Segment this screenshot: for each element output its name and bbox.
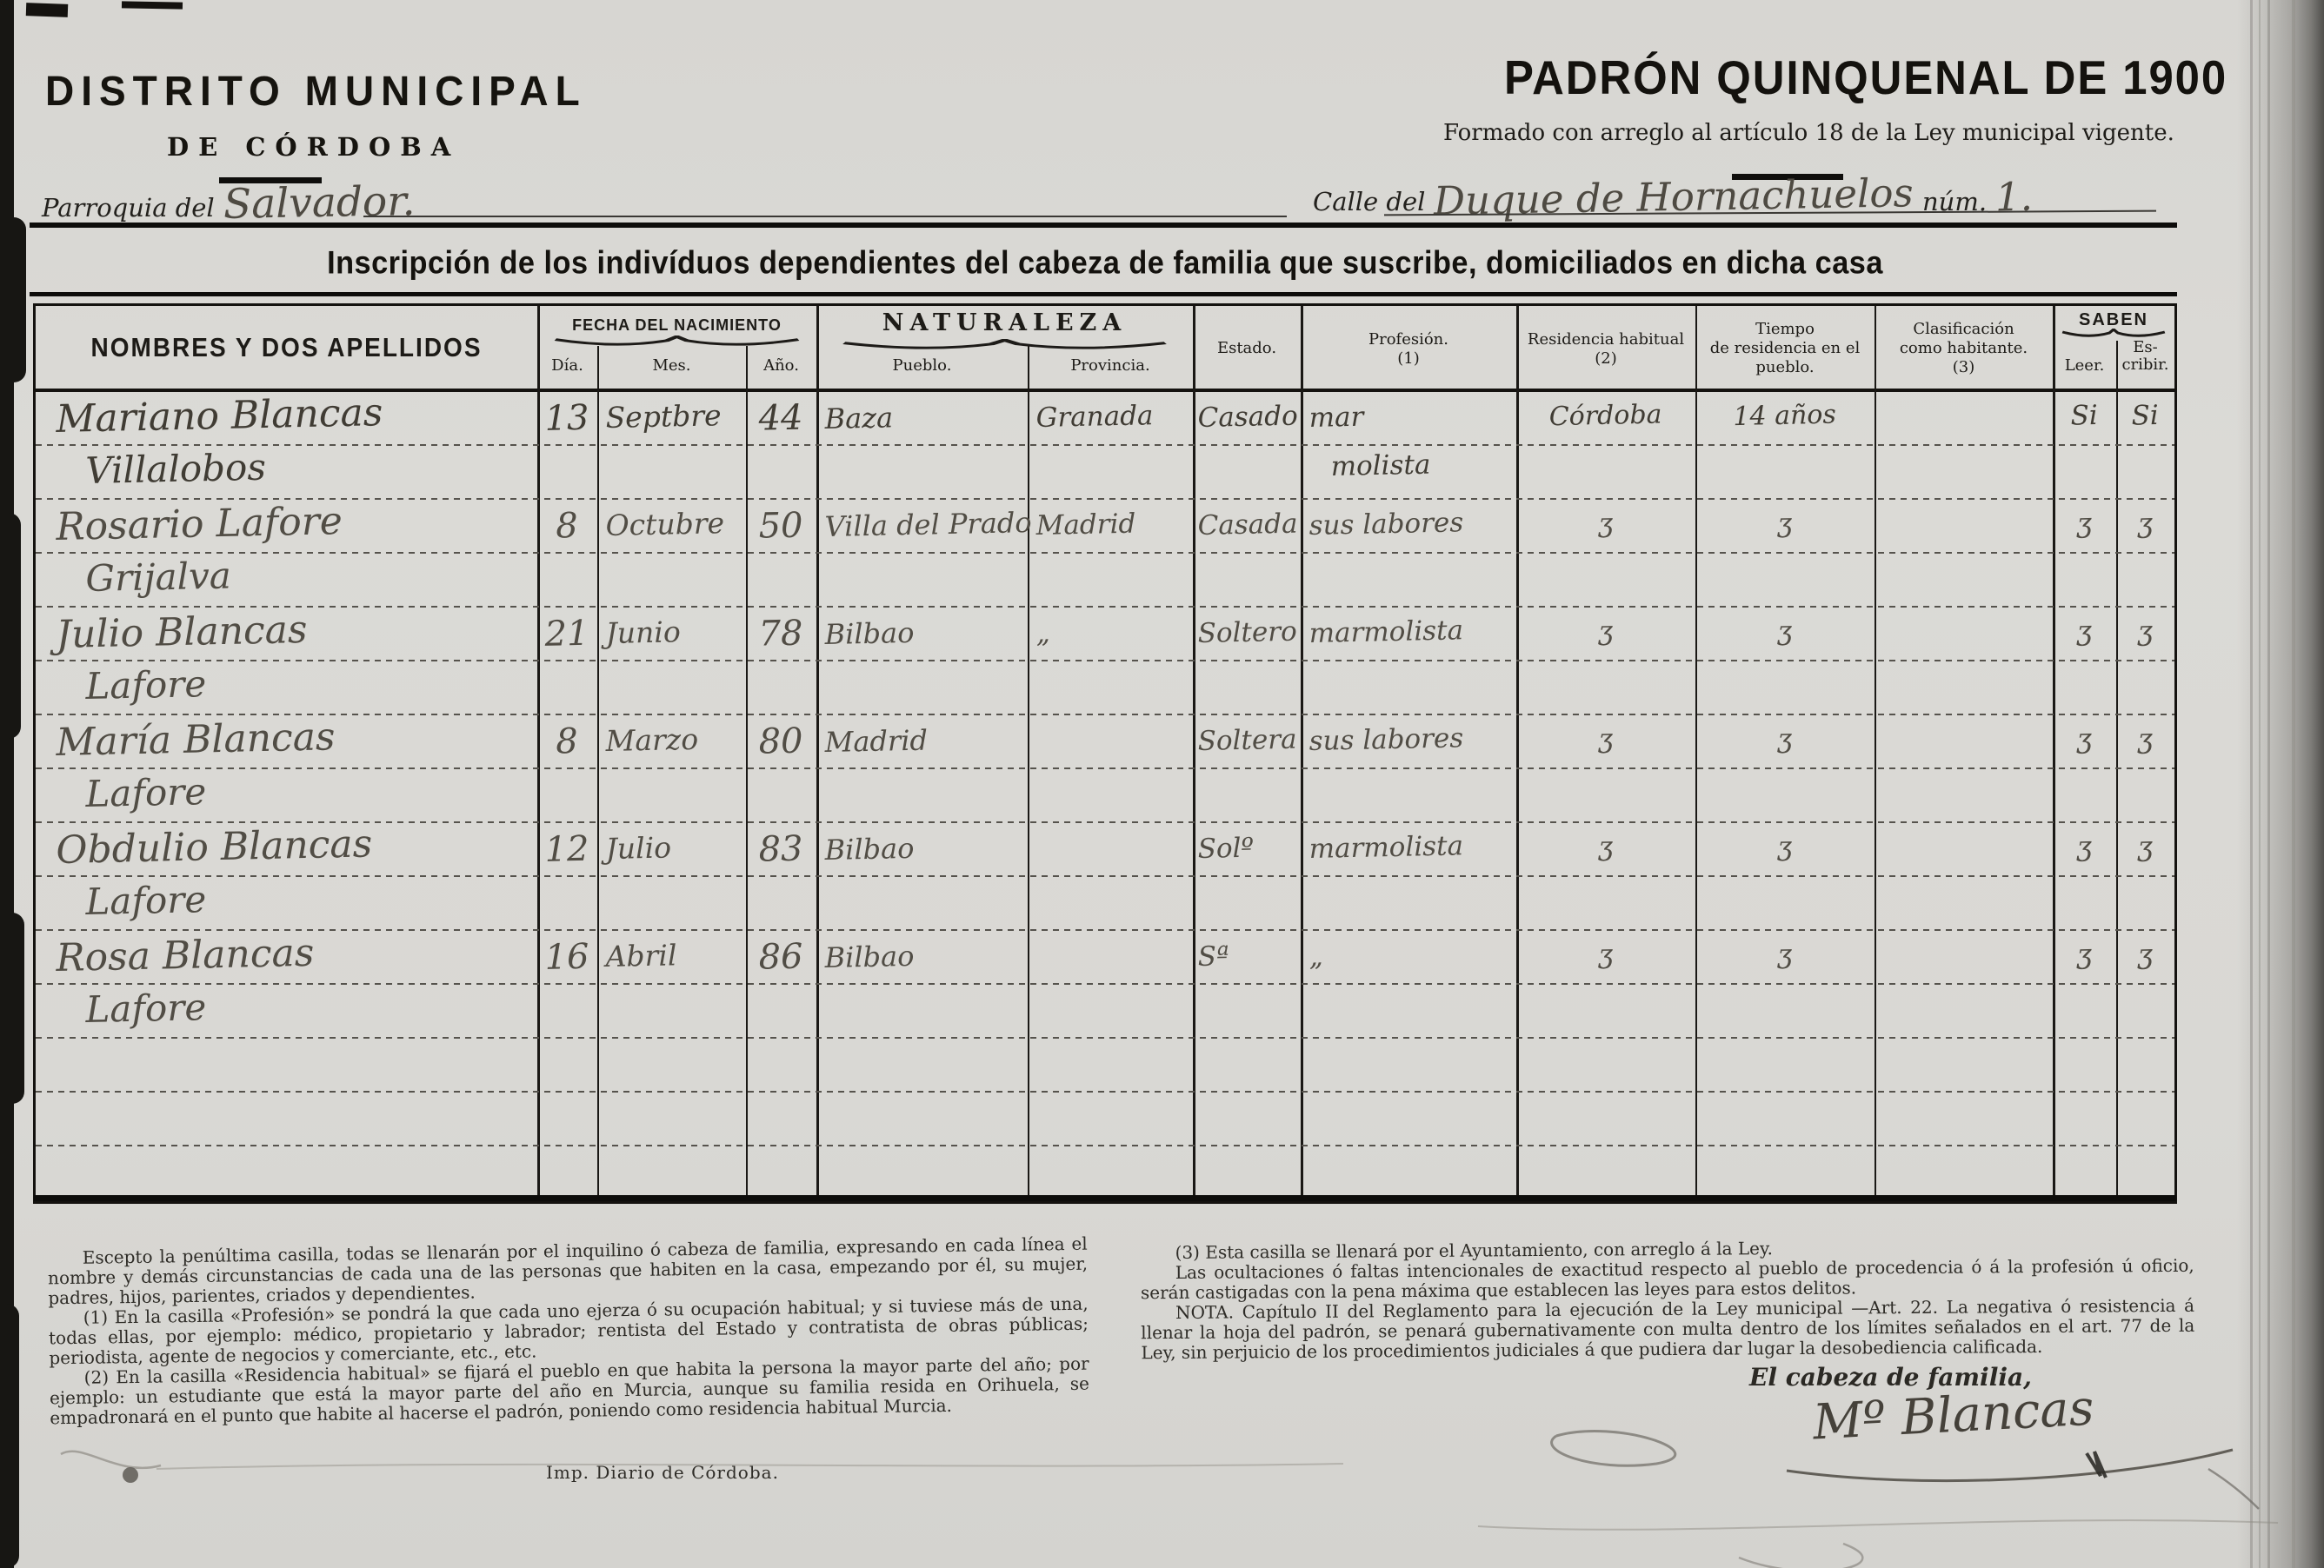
tiempo-label-2: de residencia en el [1710,339,1861,357]
cell-residencia: Córdoba [1515,399,1695,433]
cell-anio: 83 [745,828,816,870]
clasificacion-note: (3) [1953,358,1975,376]
escribir-label-1: Es- [2133,338,2157,356]
column-header-mes: Mes. [597,356,746,375]
cell-name-line2: Lafore [85,878,207,923]
footnotes-right: (3) Esta casilla se llenará por el Ayunt… [1141,1236,2195,1363]
empty-row [36,1039,2174,1093]
column-header-anio: Año. [746,356,816,375]
column-header-residencia: Residencia habitual (2) [1516,306,1695,389]
cell-residencia: ʒ [1515,615,1695,648]
saben-group-label: SABEN [2053,310,2174,330]
page-edge-streak [2259,0,2261,1568]
cell-residencia: ʒ [1515,938,1695,972]
profesion-label: Profesión. [1368,330,1448,349]
cell-pueblo: Baza [824,401,893,435]
cell-profesion-line1: sus labores [1308,507,1463,541]
cell-mes: Julio [605,830,671,866]
cell-residencia: ʒ [1515,830,1695,864]
footnote-paragraph: NOTA. Capítulo II del Reglamento para la… [1141,1296,2194,1363]
cell-name-line1: Mariano Blancas [56,390,383,442]
fecha-subheaders: Día. Mes. Año. [537,356,816,375]
street-number-handwritten-value: 1. [1995,174,2034,221]
column-header-clasificacion: Clasificación como habitante. (3) [1875,306,2053,389]
binding-blob [0,1304,19,1568]
column-group-saben: SABEN Leer. Es- cribir. [2053,306,2174,389]
clasificacion-label-2: como habitante. [1900,339,2028,357]
tiempo-label-1: Tiempo [1755,320,1815,338]
cell-leer: ʒ [2052,722,2116,755]
ink-mark [26,3,68,17]
cell-tiempo: ʒ [1695,615,1875,648]
cell-dia: 12 [536,829,597,870]
page-edge-streak [2267,0,2270,1568]
scanned-census-page: { "colors": { "paper": "#d9d8d4", "print… [0,0,2324,1568]
table-row: Rosa Blancas Lafore 16 Abril 86 Bilbao S… [36,931,2174,1039]
table-row: María Blancas Lafore 8 Marzo 80 Madrid S… [36,715,2174,823]
binding-blob [0,913,24,1104]
cell-clasificacion [1875,722,2053,726]
cell-escribir: ʒ [2115,508,2174,540]
cell-dia: 8 [536,506,597,547]
cell-provincia: Granada [1035,400,1154,434]
heavy-rule [30,223,2177,228]
column-header-escribir: Es- cribir. [2116,339,2174,374]
naturaleza-subheaders: Pueblo. Provincia. [816,356,1193,375]
cell-clasificacion [1875,830,2053,834]
cell-estado: Soltero [1197,616,1297,649]
cell-tiempo: ʒ [1695,938,1875,972]
table-bottom-rule [34,1195,2176,1201]
cell-estado: Solº [1197,833,1254,865]
padron-subtitle: Formado con arreglo al artículo 18 de la… [1443,120,2174,146]
page-edge-streak [2292,0,2295,1568]
cell-profesion-line1: marmolista [1308,615,1463,649]
district-subtitle: DE CÓRDOBA [167,132,460,162]
census-table: NOMBRES Y DOS APELLIDOS FECHA DEL NACIMI… [33,303,2177,1204]
cell-profesion-line1: mar [1308,402,1363,434]
street-handwritten-value: Duque de Hornachuelos [1434,169,1914,224]
cell-escribir: ʒ [2115,831,2174,863]
parish-handwritten-value: Salvador. [223,177,415,229]
cell-pueblo: Bilbao [824,616,915,651]
cell-residencia: ʒ [1515,507,1695,541]
empty-row [36,1146,2174,1200]
cell-anio: 44 [745,397,816,439]
residencia-label: Residencia habitual [1528,330,1684,349]
cell-name-line2: Lafore [85,770,207,815]
column-header-estado: Estado. [1193,306,1301,389]
cell-anio: 50 [745,505,816,547]
tiempo-label-3: pueblo. [1755,358,1814,376]
column-group-fecha-nacimiento: FECHA DEL NACIMIENTO Día. Mes. Año. [537,306,816,389]
cell-clasificacion [1875,399,2053,402]
cell-estado: Soltera [1197,724,1297,757]
cell-pueblo: Bilbao [824,832,915,867]
ink-mark [122,1,183,9]
cell-escribir: ʒ [2115,615,2174,648]
cell-name-line2: Lafore [85,662,207,708]
cell-name-line1: Obdulio Blancas [56,821,373,873]
profesion-note: (1) [1397,349,1420,368]
padron-title: PADRÓN QUINQUENAL DE 1900 [1504,50,2227,105]
cell-profesion-line1: sus labores [1308,722,1463,757]
printer-imprint: Imp. Diario de Córdoba. [546,1462,779,1483]
cell-mes: Septbre [605,398,722,435]
cell-tiempo: ʒ [1695,507,1875,541]
parish-label: Parroquia del [42,193,215,223]
cell-pueblo: Villa del Prado [824,506,1032,543]
cell-name-line2: Lafore [85,986,207,1031]
cell-profesion-line2: molista [1330,449,1430,482]
cell-escribir: Si [2115,400,2174,432]
table-row: Rosario Lafore Grijalva 8 Octubre 50 Vil… [36,500,2174,608]
column-header-pueblo: Pueblo. [816,356,1028,375]
column-header-profesion: Profesión. (1) [1301,306,1516,389]
cell-provincia: Madrid [1035,508,1135,541]
district-title: DISTRITO MUNICIPAL [45,66,587,116]
cell-name-line1: Rosario Lafore [56,499,343,549]
fecha-group-label: FECHA DEL NACIMIENTO [537,316,816,335]
cell-escribir: ʒ [2115,723,2174,755]
cell-name-line1: María Blancas [56,714,336,765]
table-row: Obdulio Blancas Lafore 12 Julio 83 Bilba… [36,823,2174,931]
column-header-nombres: NOMBRES Y DOS APELLIDOS [36,302,537,393]
page-edge-streak [2250,0,2253,1568]
cell-dia: 21 [536,614,597,654]
cell-estado: Casada [1197,508,1298,541]
cell-anio: 78 [745,613,816,654]
cell-tiempo: ʒ [1695,722,1875,756]
brace-rule-icon [841,339,1169,351]
cell-name-line2: Grijalva [85,555,231,600]
cell-clasificacion [1875,615,2053,618]
cell-mes: Junio [605,615,681,650]
table-row: Julio Blancas Lafore 21 Junio 78 Bilbao … [36,608,2174,715]
cell-dia: 16 [536,937,597,978]
cell-tiempo: ʒ [1695,830,1875,864]
cell-pueblo: Bilbao [824,940,915,974]
cell-dia: 13 [536,398,597,439]
column-header-leer: Leer. [2053,356,2116,375]
escribir-label-2: cribir. [2121,355,2168,374]
cell-anio: 86 [745,936,816,978]
cell-name-line2: Villalobos [85,446,266,492]
cell-name-line1: Julio Blancas [56,608,308,657]
column-header-provincia: Provincia. [1028,356,1193,375]
heavy-rule [30,292,2177,296]
column-header-dia: Día. [537,356,597,375]
cell-provincia: „ [1035,618,1050,649]
cell-profesion-line1: „ [1308,941,1323,973]
cell-name-line1: Rosa Blancas [56,931,315,980]
cell-profesion-line1: marmolista [1308,830,1463,865]
cell-leer: ʒ [2052,830,2116,863]
brace-rule-icon [553,336,801,348]
cell-leer: ʒ [2052,507,2116,540]
cell-clasificacion [1875,507,2053,510]
empty-row [36,1093,2174,1146]
table-body: Mariano Blancas Villalobos 13 Septbre 44… [36,392,2174,1201]
cell-residencia: ʒ [1515,722,1695,756]
parish-underline [363,216,1287,217]
cell-tiempo: 14 años [1695,399,1875,433]
cell-leer: ʒ [2052,615,2116,648]
street-label: Calle del [1313,187,1425,216]
cell-anio: 80 [745,721,816,762]
column-group-naturaleza: NATURALEZA Pueblo. Provincia. [816,306,1193,389]
cell-mes: Abril [605,938,677,973]
table-row: Mariano Blancas Villalobos 13 Septbre 44… [36,392,2174,500]
inscription-title: Inscripción de los indivíduos dependient… [55,245,2156,282]
cell-leer: Si [2052,399,2116,432]
binding-blob [0,513,21,739]
naturaleza-group-label: NATURALEZA [816,309,1193,336]
clasificacion-label-1: Clasificación [1913,320,2014,338]
cell-estado: Casado [1197,401,1298,434]
column-header-tiempo: Tiempo de residencia en el pueblo. [1695,306,1875,389]
cell-mes: Marzo [605,722,698,758]
cell-escribir: ʒ [2115,939,2174,971]
residencia-note: (2) [1595,349,1617,368]
footnotes-left: Escepto la penúltima casilla, todas se l… [48,1234,1090,1429]
cell-estado: Sª [1197,940,1229,973]
cell-pueblo: Madrid [824,724,928,759]
parish-line: Parroquia del Salvador. [42,179,998,227]
binding-blob [0,217,26,382]
footnote-paragraph: (2) En la casilla «Residencia habitual» … [50,1354,1090,1429]
cell-mes: Octubre [605,506,724,542]
cell-dia: 8 [536,721,597,762]
cell-clasificacion [1875,938,2053,941]
cell-leer: ʒ [2052,938,2116,971]
